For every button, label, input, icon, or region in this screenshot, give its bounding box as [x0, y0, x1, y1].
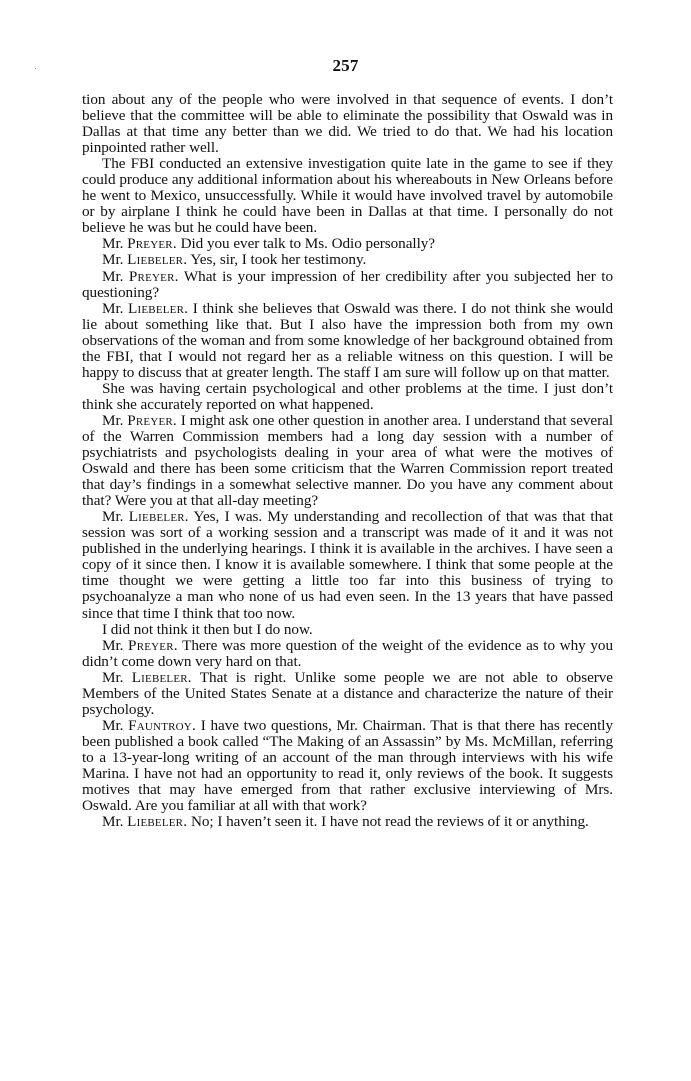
testimony-paragraph: Mr. Preyer. What is your impression of h…	[82, 269, 613, 301]
speaker-name: Fauntroy.	[128, 717, 196, 734]
paragraph-continuation-testimony: She was having certain psychological and…	[82, 381, 613, 413]
paragraph-text: Yes, sir, I took her testimony.	[187, 251, 366, 268]
speaker-name: Preyer.	[129, 268, 179, 285]
paragraph-text: tion about any of the people who were in…	[82, 91, 613, 156]
speaker-title: Mr.	[102, 251, 127, 268]
testimony-paragraph: Mr. Preyer. There was more question of t…	[82, 638, 613, 670]
paragraph-text: She was having certain psychological and…	[82, 380, 613, 413]
testimony-paragraph: Mr. Liebeler. That is right. Unlike some…	[82, 670, 613, 718]
testimony-paragraph: Mr. Fauntroy. I have two questions, Mr. …	[82, 718, 613, 814]
speaker-name: Liebeler.	[128, 300, 188, 317]
speaker-name: Liebeler.	[129, 508, 189, 525]
paragraph-text: Yes, I was. My understanding and recolle…	[82, 508, 613, 621]
testimony-paragraph: Mr. Liebeler. Yes, sir, I took her testi…	[82, 252, 613, 268]
speaker-title: Mr.	[102, 300, 128, 317]
speaker-title: Mr.	[102, 717, 128, 734]
testimony-paragraph: Mr. Liebeler. I think she believes that …	[82, 301, 613, 381]
paragraph-text: The FBI conducted an extensive investiga…	[82, 155, 613, 236]
paragraph-text: I did not think it then but I do now.	[102, 621, 313, 638]
speaker-name: Preyer.	[127, 412, 177, 429]
speaker-title: Mr.	[102, 268, 129, 285]
paragraph-fbi-investigation: The FBI conducted an extensive investiga…	[82, 156, 613, 236]
speaker-title: Mr.	[102, 669, 132, 686]
speaker-name: Liebeler.	[132, 669, 192, 686]
testimony-paragraph: Mr. Preyer. Did you ever talk to Ms. Odi…	[82, 236, 613, 252]
speaker-name: Preyer.	[127, 235, 177, 252]
speaker-title: Mr.	[102, 412, 127, 429]
speaker-name: Preyer.	[128, 637, 178, 654]
speaker-title: Mr.	[102, 637, 128, 654]
speaker-title: Mr.	[102, 235, 127, 252]
speaker-title: Mr.	[102, 508, 129, 525]
speaker-name: Liebeler.	[127, 251, 187, 268]
page-number: 257	[0, 56, 691, 76]
speaker-title: Mr.	[102, 813, 127, 830]
testimony-paragraph: Mr. Preyer. I might ask one other questi…	[82, 413, 613, 509]
paragraph-text: No; I haven’t seen it. I have not read t…	[187, 813, 589, 830]
testimony-paragraph: Mr. Liebeler. Yes, I was. My understandi…	[82, 509, 613, 621]
paragraph-continuation: tion about any of the people who were in…	[82, 92, 613, 156]
paragraph-text: Did you ever talk to Ms. Odio personally…	[177, 235, 435, 252]
speaker-name: Liebeler.	[127, 813, 187, 830]
document-body: tion about any of the people who were in…	[82, 92, 613, 830]
testimony-paragraph: Mr. Liebeler. No; I haven’t seen it. I h…	[82, 814, 613, 830]
paragraph-continuation-testimony: I did not think it then but I do now.	[82, 622, 613, 638]
